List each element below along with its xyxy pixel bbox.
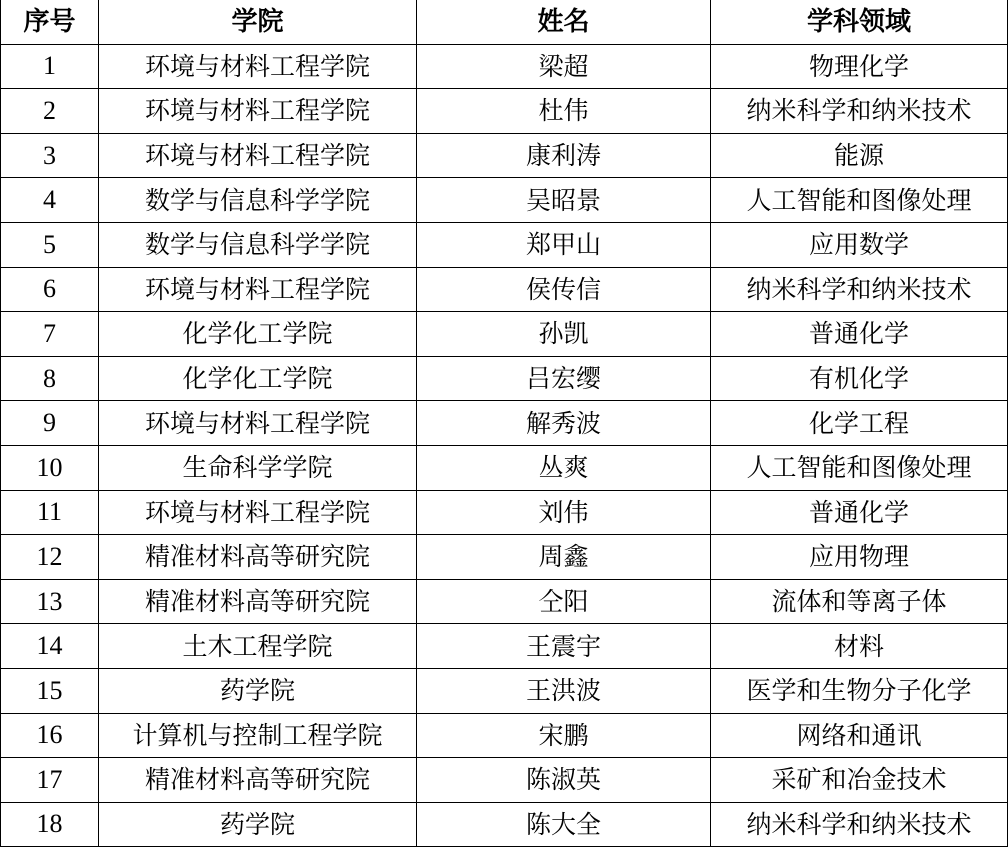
cell-no: 8 [1, 356, 99, 401]
table-row: 13精准材料高等研究院仝阳流体和等离子体 [1, 579, 1008, 624]
cell-name: 丛爽 [417, 445, 711, 490]
header-college: 学院 [99, 0, 417, 44]
cell-college: 化学化工学院 [99, 312, 417, 357]
cell-name: 康利涛 [417, 133, 711, 178]
cell-college: 药学院 [99, 802, 417, 847]
cell-no: 9 [1, 401, 99, 446]
cell-field: 化学工程 [711, 401, 1008, 446]
cell-no: 18 [1, 802, 99, 847]
table-row: 2环境与材料工程学院杜伟纳米科学和纳米技术 [1, 89, 1008, 134]
cell-no: 4 [1, 178, 99, 223]
cell-field: 材料 [711, 624, 1008, 669]
cell-college: 环境与材料工程学院 [99, 267, 417, 312]
cell-field: 能源 [711, 133, 1008, 178]
cell-college: 环境与材料工程学院 [99, 133, 417, 178]
cell-no: 1 [1, 44, 99, 89]
cell-no: 14 [1, 624, 99, 669]
cell-name: 吕宏缨 [417, 356, 711, 401]
cell-no: 11 [1, 490, 99, 535]
cell-no: 12 [1, 535, 99, 580]
cell-college: 环境与材料工程学院 [99, 44, 417, 89]
cell-college: 计算机与控制工程学院 [99, 713, 417, 758]
cell-field: 纳米科学和纳米技术 [711, 802, 1008, 847]
cell-college: 数学与信息科学学院 [99, 178, 417, 223]
cell-college: 生命科学学院 [99, 445, 417, 490]
cell-college: 精准材料高等研究院 [99, 758, 417, 803]
header-name: 姓名 [417, 0, 711, 44]
cell-no: 15 [1, 668, 99, 713]
cell-field: 应用数学 [711, 222, 1008, 267]
cell-name: 刘伟 [417, 490, 711, 535]
cell-college: 精准材料高等研究院 [99, 579, 417, 624]
cell-field: 物理化学 [711, 44, 1008, 89]
header-field: 学科领域 [711, 0, 1008, 44]
cell-name: 陈淑英 [417, 758, 711, 803]
cell-name: 陈大全 [417, 802, 711, 847]
cell-field: 人工智能和图像处理 [711, 178, 1008, 223]
cell-name: 仝阳 [417, 579, 711, 624]
table-row: 17精准材料高等研究院陈淑英采矿和冶金技术 [1, 758, 1008, 803]
cell-field: 应用物理 [711, 535, 1008, 580]
cell-no: 7 [1, 312, 99, 357]
cell-college: 数学与信息科学学院 [99, 222, 417, 267]
cell-no: 3 [1, 133, 99, 178]
table-row: 5数学与信息科学学院郑甲山应用数学 [1, 222, 1008, 267]
cell-field: 普通化学 [711, 490, 1008, 535]
table-row: 3环境与材料工程学院康利涛能源 [1, 133, 1008, 178]
cell-no: 10 [1, 445, 99, 490]
cell-name: 宋鹏 [417, 713, 711, 758]
header-no: 序号 [1, 0, 99, 44]
table-row: 10生命科学学院丛爽人工智能和图像处理 [1, 445, 1008, 490]
cell-field: 采矿和冶金技术 [711, 758, 1008, 803]
cell-field: 人工智能和图像处理 [711, 445, 1008, 490]
cell-name: 梁超 [417, 44, 711, 89]
cell-no: 2 [1, 89, 99, 134]
cell-college: 化学化工学院 [99, 356, 417, 401]
table-row: 1环境与材料工程学院梁超物理化学 [1, 44, 1008, 89]
table-row: 7化学化工学院孙凯普通化学 [1, 312, 1008, 357]
table-row: 9环境与材料工程学院解秀波化学工程 [1, 401, 1008, 446]
cell-name: 解秀波 [417, 401, 711, 446]
cell-no: 6 [1, 267, 99, 312]
header-row: 序号 学院 姓名 学科领域 [1, 0, 1008, 44]
cell-name: 王洪波 [417, 668, 711, 713]
cell-field: 医学和生物分子化学 [711, 668, 1008, 713]
scholars-table: 序号 学院 姓名 学科领域 1环境与材料工程学院梁超物理化学 2环境与材料工程学… [0, 0, 1008, 847]
cell-no: 16 [1, 713, 99, 758]
cell-name: 周鑫 [417, 535, 711, 580]
cell-field: 纳米科学和纳米技术 [711, 267, 1008, 312]
cell-no: 13 [1, 579, 99, 624]
table-row: 8化学化工学院吕宏缨有机化学 [1, 356, 1008, 401]
cell-name: 郑甲山 [417, 222, 711, 267]
cell-field: 网络和通讯 [711, 713, 1008, 758]
cell-field: 流体和等离子体 [711, 579, 1008, 624]
cell-field: 普通化学 [711, 312, 1008, 357]
table-row: 18药学院陈大全纳米科学和纳米技术 [1, 802, 1008, 847]
cell-college: 精准材料高等研究院 [99, 535, 417, 580]
cell-name: 孙凯 [417, 312, 711, 357]
cell-name: 侯传信 [417, 267, 711, 312]
table-row: 6环境与材料工程学院侯传信纳米科学和纳米技术 [1, 267, 1008, 312]
cell-no: 17 [1, 758, 99, 803]
table-body: 1环境与材料工程学院梁超物理化学 2环境与材料工程学院杜伟纳米科学和纳米技术 3… [1, 44, 1008, 847]
table-row: 15药学院王洪波医学和生物分子化学 [1, 668, 1008, 713]
table-row: 4数学与信息科学学院吴昭景人工智能和图像处理 [1, 178, 1008, 223]
cell-college: 环境与材料工程学院 [99, 490, 417, 535]
cell-college: 土木工程学院 [99, 624, 417, 669]
cell-college: 环境与材料工程学院 [99, 89, 417, 134]
cell-name: 杜伟 [417, 89, 711, 134]
table-row: 14土木工程学院王震宇材料 [1, 624, 1008, 669]
cell-college: 环境与材料工程学院 [99, 401, 417, 446]
table-row: 16计算机与控制工程学院宋鹏网络和通讯 [1, 713, 1008, 758]
cell-field: 纳米科学和纳米技术 [711, 89, 1008, 134]
cell-name: 吴昭景 [417, 178, 711, 223]
cell-no: 5 [1, 222, 99, 267]
table-row: 11环境与材料工程学院刘伟普通化学 [1, 490, 1008, 535]
table-row: 12精准材料高等研究院周鑫应用物理 [1, 535, 1008, 580]
cell-college: 药学院 [99, 668, 417, 713]
cell-field: 有机化学 [711, 356, 1008, 401]
cell-name: 王震宇 [417, 624, 711, 669]
